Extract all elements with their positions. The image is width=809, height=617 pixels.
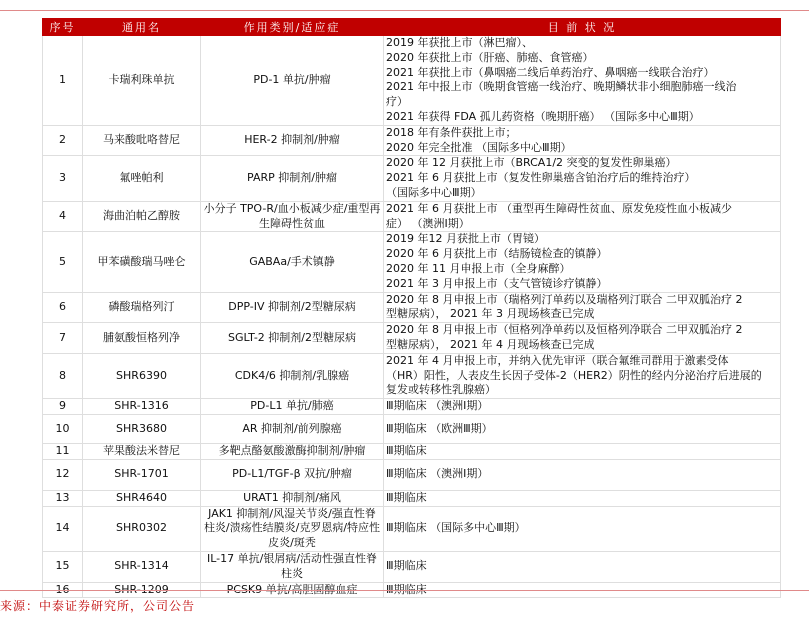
drug-status: Ⅲ期临床 （澳洲Ⅰ期） xyxy=(384,399,781,415)
source-note: 来源：中泰证券研究所，公司公告 xyxy=(0,597,195,614)
drug-status: 2021 年 4 月申报上市，并纳入优先审评（联合氟维司群用于激素受体（HR）阳… xyxy=(384,353,781,398)
drug-name: SHR3680 xyxy=(83,414,201,443)
row-number: 6 xyxy=(43,292,83,323)
status-line: 2021 年 6 月获批上市（复发性卵巢癌含铂治疗后的维持治疗） xyxy=(386,171,778,186)
drug-category: GABAa/手术镇静 xyxy=(201,232,384,292)
drug-status: 2019 年12 月获批上市（胃镜）2020 年 6 月获批上市（结肠镜检查的镇… xyxy=(384,232,781,292)
status-line: 2021 年获批上市（鼻咽癌二线后单药治疗、鼻咽癌一线联合治疗） xyxy=(386,66,778,81)
status-line: 2021 年 6 月获批上市 （重型再生障碍性贫血、原发免疫性血小板减少 xyxy=(386,202,778,217)
status-line: 2021 年中报上市（晚期食管癌一线治疗、晚期鳞状非小细胞肺癌一线治 xyxy=(386,80,778,95)
drug-status: 2019 年获批上市（淋巴瘤）、2020 年获批上市（肝癌、肺癌、食管癌）202… xyxy=(384,36,781,126)
top-rule xyxy=(0,10,809,11)
table-header-row: 序号 通用名 作用类别/适应症 目 前 状 况 xyxy=(43,19,781,36)
row-number: 14 xyxy=(43,506,83,551)
status-line: Ⅲ期临床 xyxy=(386,444,778,459)
status-line: Ⅲ期临床 （澳洲Ⅰ期） xyxy=(386,399,778,414)
status-line: 2021 年 3 月申报上市（支气管镜诊疗镇静） xyxy=(386,277,778,292)
row-number: 7 xyxy=(43,323,83,354)
drug-name: 氟唑帕利 xyxy=(83,156,201,201)
row-number: 8 xyxy=(43,353,83,398)
status-line: 2020 年 12 月获批上市（BRCA1/2 突变的复发性卵巢癌） xyxy=(386,156,778,171)
drug-name: SHR0302 xyxy=(83,506,201,551)
row-number: 13 xyxy=(43,490,83,506)
table-row: 9SHR-1316PD-L1 单抗/肺癌Ⅲ期临床 （澳洲Ⅰ期） xyxy=(43,399,781,415)
drug-name: 磷酸瑞格列汀 xyxy=(83,292,201,323)
drug-category: PD-1 单抗/肿瘤 xyxy=(201,36,384,126)
drug-category: DPP-IV 抑制剂/2型糖尿病 xyxy=(201,292,384,323)
drug-category: IL-17 单抗/银屑病/活动性强直性脊柱炎 xyxy=(201,551,384,582)
status-line: 2020 年 8 月申报上市（恒格列净单药以及恒格列净联合 二甲双胍治疗 2 xyxy=(386,323,778,338)
status-line: 2021 年获得 FDA 孤儿药资格（晚期肝癌） （国际多中心Ⅲ期） xyxy=(386,110,778,125)
status-line: 型糖尿病）， 2021 年 4 月现场核查已完成 xyxy=(386,338,778,353)
row-number: 10 xyxy=(43,414,83,443)
status-line: Ⅲ期临床 （澳洲Ⅰ期） xyxy=(386,467,778,482)
table-row: 12SHR-1701PD-L1/TGF-β 双抗/肿瘤Ⅲ期临床 （澳洲Ⅰ期） xyxy=(43,459,781,490)
status-line: （国际多中心Ⅲ期） xyxy=(386,186,778,201)
drug-status: Ⅲ期临床 xyxy=(384,490,781,506)
header-name: 通用名 xyxy=(83,19,201,36)
drug-name: 海曲泊帕乙醇胺 xyxy=(83,201,201,232)
table-row: 2马来酸吡咯替尼HER-2 抑制剂/肿瘤2018 年有条件获批上市；2020 年… xyxy=(43,125,781,156)
drug-category: HER-2 抑制剂/肿瘤 xyxy=(201,125,384,156)
row-number: 1 xyxy=(43,36,83,126)
row-number: 2 xyxy=(43,125,83,156)
status-line: 2020 年 6 月获批上市（结肠镜检查的镇静） xyxy=(386,247,778,262)
status-line: 2020 年 8 月申报上市（瑞格列汀单药以及瑞格列汀联合 二甲双胍治疗 2 xyxy=(386,293,778,308)
row-number: 5 xyxy=(43,232,83,292)
status-line: Ⅲ期临床 xyxy=(386,559,778,574)
status-line: 2019 年获批上市（淋巴瘤）、 xyxy=(386,36,778,51)
table-row: 7脯氨酸恒格列净SGLT-2 抑制剂/2型糖尿病2020 年 8 月申报上市（恒… xyxy=(43,323,781,354)
drug-category: 多靶点酪氨酸激酶抑制剂/肿瘤 xyxy=(201,443,384,459)
table-row: 6磷酸瑞格列汀DPP-IV 抑制剂/2型糖尿病2020 年 8 月申报上市（瑞格… xyxy=(43,292,781,323)
drug-name: SHR-1314 xyxy=(83,551,201,582)
drug-status: 2020 年 8 月申报上市（恒格列净单药以及恒格列净联合 二甲双胍治疗 2型糖… xyxy=(384,323,781,354)
drug-category: CDK4/6 抑制剂/乳腺癌 xyxy=(201,353,384,398)
status-line: Ⅲ期临床 （欧洲Ⅲ期） xyxy=(386,422,778,437)
status-line: 2018 年有条件获批上市； xyxy=(386,126,778,141)
drug-status: 2021 年 6 月获批上市 （重型再生障碍性贫血、原发免疫性血小板减少症） （… xyxy=(384,201,781,232)
table-row: 5甲苯磺酸瑞马唑仑GABAa/手术镇静2019 年12 月获批上市（胃镜）202… xyxy=(43,232,781,292)
row-number: 12 xyxy=(43,459,83,490)
drug-name: 马来酸吡咯替尼 xyxy=(83,125,201,156)
drug-status: Ⅲ期临床 xyxy=(384,551,781,582)
drug-status: Ⅲ期临床 （欧洲Ⅲ期） xyxy=(384,414,781,443)
drug-category: PD-L1/TGF-β 双抗/肿瘤 xyxy=(201,459,384,490)
row-number: 9 xyxy=(43,399,83,415)
drug-name: SHR4640 xyxy=(83,490,201,506)
bottom-rule xyxy=(0,590,809,591)
table-row: 8SHR6390CDK4/6 抑制剂/乳腺癌2021 年 4 月申报上市，并纳入… xyxy=(43,353,781,398)
drug-category: SGLT-2 抑制剂/2型糖尿病 xyxy=(201,323,384,354)
status-line: Ⅲ期临床 xyxy=(386,491,778,506)
status-line: Ⅲ期临床 （国际多中心Ⅲ期） xyxy=(386,521,778,536)
drug-category: 小分子 TPO-R/血小板减少症/重型再生障碍性贫血 xyxy=(201,201,384,232)
table-row: 4海曲泊帕乙醇胺小分子 TPO-R/血小板减少症/重型再生障碍性贫血2021 年… xyxy=(43,201,781,232)
status-line: 复发或转移性乳腺癌） xyxy=(386,383,778,398)
status-line: 2019 年12 月获批上市（胃镜） xyxy=(386,232,778,247)
drug-category: URAT1 抑制剂/痛风 xyxy=(201,490,384,506)
drug-category: JAK1 抑制剂/风湿关节炎/强直性脊柱炎/溃疡性结膜炎/克罗恩病/特应性皮炎/… xyxy=(201,506,384,551)
drug-name: 苹果酸法米替尼 xyxy=(83,443,201,459)
drug-name: 卡瑞利珠单抗 xyxy=(83,36,201,126)
drug-name: 甲苯磺酸瑞马唑仑 xyxy=(83,232,201,292)
status-line: 症） （澳洲Ⅰ期） xyxy=(386,217,778,232)
table-row: 10SHR3680AR 抑制剂/前列腺癌Ⅲ期临床 （欧洲Ⅲ期） xyxy=(43,414,781,443)
drug-category: PARP 抑制剂/肿瘤 xyxy=(201,156,384,201)
drug-category: AR 抑制剂/前列腺癌 xyxy=(201,414,384,443)
row-number: 3 xyxy=(43,156,83,201)
table-row: 13SHR4640URAT1 抑制剂/痛风Ⅲ期临床 xyxy=(43,490,781,506)
row-number: 15 xyxy=(43,551,83,582)
status-line: 2021 年 4 月申报上市，并纳入优先审评（联合氟维司群用于激素受体 xyxy=(386,354,778,369)
status-line: 疗） xyxy=(386,95,778,110)
drug-pipeline-table: 序号 通用名 作用类别/适应症 目 前 状 况 1卡瑞利珠单抗PD-1 单抗/肿… xyxy=(42,18,781,598)
status-line: 2020 年完全批准 （国际多中心Ⅲ期） xyxy=(386,141,778,156)
drug-status: 2020 年 12 月获批上市（BRCA1/2 突变的复发性卵巢癌）2021 年… xyxy=(384,156,781,201)
drug-name: SHR-1701 xyxy=(83,459,201,490)
drug-status: 2018 年有条件获批上市；2020 年完全批准 （国际多中心Ⅲ期） xyxy=(384,125,781,156)
row-number: 11 xyxy=(43,443,83,459)
drug-status: Ⅲ期临床 （澳洲Ⅰ期） xyxy=(384,459,781,490)
header-no: 序号 xyxy=(43,19,83,36)
table-row: 11苹果酸法米替尼多靶点酪氨酸激酶抑制剂/肿瘤Ⅲ期临床 xyxy=(43,443,781,459)
drug-status: 2020 年 8 月申报上市（瑞格列汀单药以及瑞格列汀联合 二甲双胍治疗 2型糖… xyxy=(384,292,781,323)
table-row: 1卡瑞利珠单抗PD-1 单抗/肿瘤2019 年获批上市（淋巴瘤）、2020 年获… xyxy=(43,36,781,126)
status-line: 型糖尿病）， 2021 年 3 月现场核查已完成 xyxy=(386,307,778,322)
row-number: 4 xyxy=(43,201,83,232)
table-row: 3氟唑帕利PARP 抑制剂/肿瘤2020 年 12 月获批上市（BRCA1/2 … xyxy=(43,156,781,201)
drug-category: PD-L1 单抗/肺癌 xyxy=(201,399,384,415)
header-status: 目 前 状 况 xyxy=(384,19,781,36)
drug-name: 脯氨酸恒格列净 xyxy=(83,323,201,354)
drug-status: Ⅲ期临床 （国际多中心Ⅲ期） xyxy=(384,506,781,551)
status-line: （HR）阳性，人表皮生长因子受体-2（HER2）阴性的经内分泌治疗后进展的 xyxy=(386,369,778,384)
header-category: 作用类别/适应症 xyxy=(201,19,384,36)
status-line: 2020 年获批上市（肝癌、肺癌、食管癌） xyxy=(386,51,778,66)
table-row: 14SHR0302JAK1 抑制剂/风湿关节炎/强直性脊柱炎/溃疡性结膜炎/克罗… xyxy=(43,506,781,551)
status-line: 2020 年 11 月申报上市（全身麻醉） xyxy=(386,262,778,277)
drug-status: Ⅲ期临床 xyxy=(384,443,781,459)
table-row: 15SHR-1314IL-17 单抗/银屑病/活动性强直性脊柱炎Ⅲ期临床 xyxy=(43,551,781,582)
drug-name: SHR6390 xyxy=(83,353,201,398)
table-body: 1卡瑞利珠单抗PD-1 单抗/肿瘤2019 年获批上市（淋巴瘤）、2020 年获… xyxy=(43,36,781,598)
drug-name: SHR-1316 xyxy=(83,399,201,415)
